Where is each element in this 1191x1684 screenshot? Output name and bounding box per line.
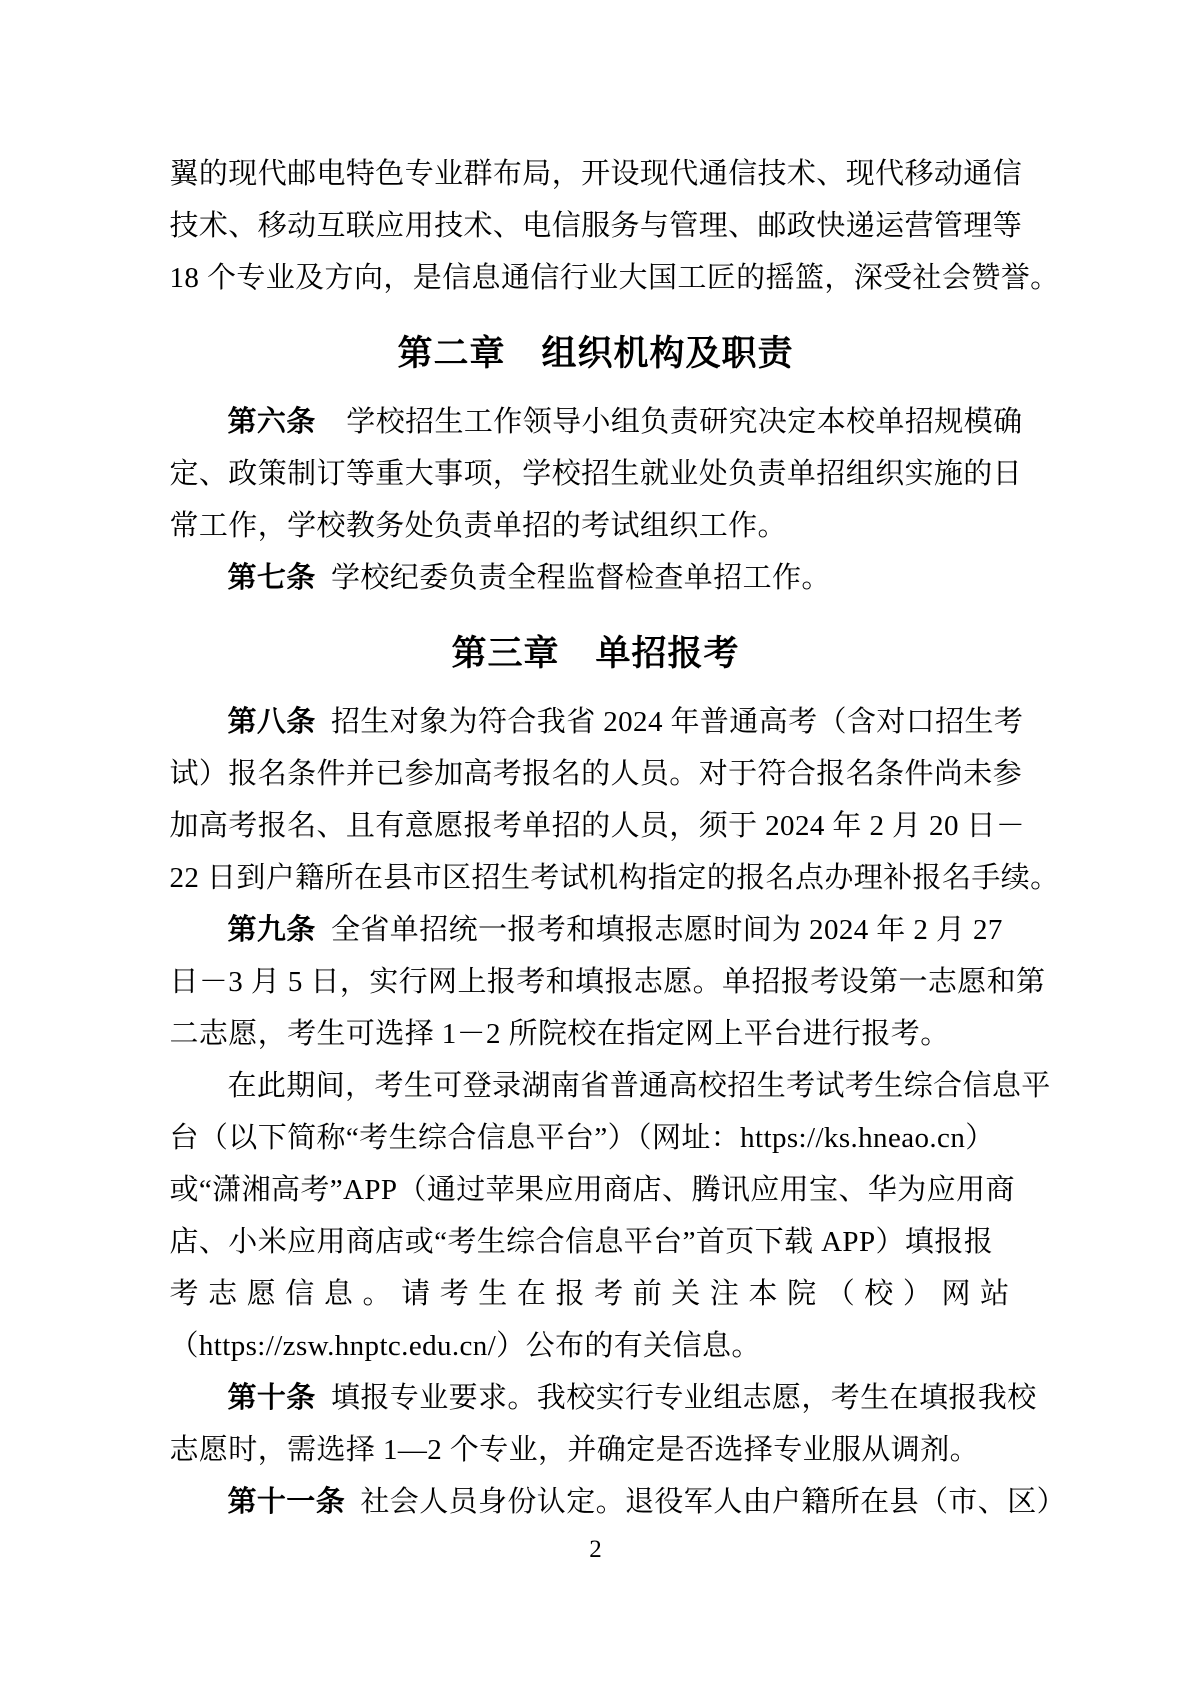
article-6-label: 第六条 <box>228 406 316 438</box>
paragraph-platform-info: 在此期间，考生可登录湖南省普通高校招生考试考生综合信息平 台（以下简称“考生综合… <box>170 1060 1022 1372</box>
document-content: 翼的现代邮电特色专业群布局，开设现代通信技术、现代移动通信 技术、移动互联应用技… <box>170 0 1022 1528</box>
paragraph-article-8: 第八条 招生对象为符合我省 2024 年普通高考（含对口招生考 试）报名条件并已… <box>170 696 1022 904</box>
article-8-label: 第八条 <box>228 706 316 738</box>
article-10-label: 第十条 <box>228 1382 316 1414</box>
platform-info-text-start: 在此期间，考生可登录湖南省普通高校招生考试考生综合信息平 台（以下简称“考生综合… <box>170 1070 1051 1258</box>
article-11-text: 社会人员身份认定。退役军人由户籍所在县（市、区） <box>345 1486 1066 1518</box>
paragraph-intro-continuation: 翼的现代邮电特色专业群布局，开设现代通信技术、现代移动通信 技术、移动互联应用技… <box>170 148 1022 304</box>
page-number: 2 <box>0 1536 1191 1564</box>
paragraph-article-10: 第十条 填报专业要求。我校实行专业组志愿，考生在填报我校 志愿时，需选择 1—2… <box>170 1372 1022 1476</box>
document-page: 翼的现代邮电特色专业群布局，开设现代通信技术、现代移动通信 技术、移动互联应用技… <box>0 0 1191 1684</box>
chapter-heading-3: 第三章 单招报考 <box>170 628 1022 680</box>
platform-info-text-end: （https://zsw.hnptc.edu.cn/）公布的有关信息。 <box>170 1330 761 1362</box>
article-11-label: 第十一条 <box>228 1486 346 1518</box>
paragraph-article-6: 第六条 学校招生工作领导小组负责研究决定本校单招规模确 定、政策制订等重大事项，… <box>170 396 1022 552</box>
paragraph-article-7: 第七条 学校纪委负责全程监督检查单招工作。 <box>170 552 1022 604</box>
paragraph-article-9: 第九条 全省单招统一报考和填报志愿时间为 2024 年 2 月 27 日－3 月… <box>170 904 1022 1060</box>
chapter-heading-2: 第二章 组织机构及职责 <box>170 328 1022 380</box>
platform-info-text-justified-line: 考志愿信息。请考生在报考前关注本院（校）网站 <box>170 1278 1019 1310</box>
article-9-label: 第九条 <box>228 914 316 946</box>
article-7-label: 第七条 <box>228 562 316 594</box>
article-7-text: 学校纪委负责全程监督检查单招工作。 <box>316 562 831 594</box>
paragraph-article-11: 第十一条 社会人员身份认定。退役军人由户籍所在县（市、区） <box>170 1476 1022 1528</box>
